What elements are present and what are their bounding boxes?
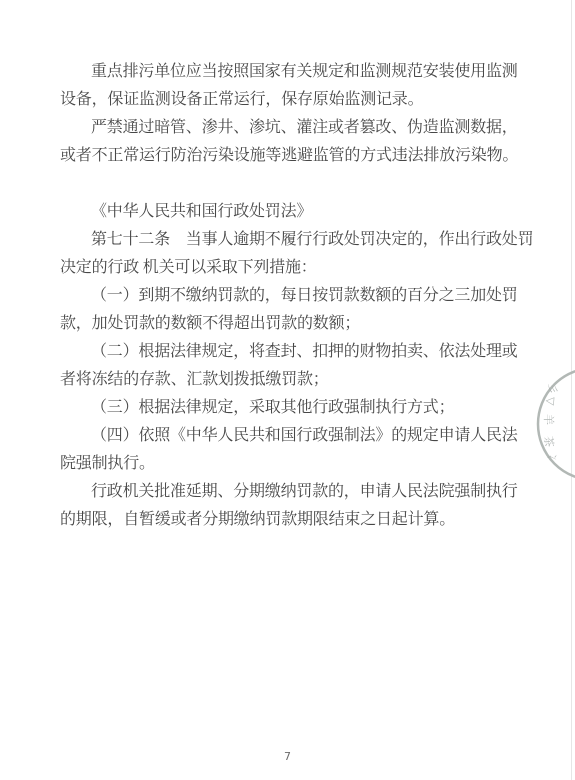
- seal-glyph: 彡: [545, 382, 559, 394]
- paragraph-item-3: （三）根据法律规定，采取其他行政强制执行方式；: [60, 394, 540, 422]
- text-line: 设备，保证监测设备正常运行，保存原始监测记录。: [60, 86, 540, 114]
- text-line: （二）根据法律规定，将查封、扣押的财物拍卖、依法处理或: [60, 338, 540, 366]
- text-line: 院强制执行。: [60, 450, 540, 478]
- text-line: 者将冻结的存款、汇款划拨抵缴罚款；: [60, 366, 540, 394]
- paragraph-monitoring-equipment: 重点排污单位应当按照国家有关规定和监测规范安装使用监测 设备，保证监测设备正常运…: [60, 58, 540, 114]
- paragraph-item-4: （四）依照《中华人民共和国行政强制法》的规定申请人民法 院强制执行。: [60, 422, 540, 478]
- seal-glyph: 冫: [545, 453, 560, 466]
- law-title: 《中华人民共和国行政处罚法》: [60, 198, 540, 226]
- text-line: 或者不正常运行防治污染设施等逃避监管的方式违法排放污染物。: [60, 142, 540, 170]
- document-page: 重点排污单位应当按照国家有关规定和监测规范安装使用监测 设备，保证监测设备正常运…: [0, 0, 575, 780]
- document-body: 重点排污单位应当按照国家有关规定和监测规范安装使用监测 设备，保证监测设备正常运…: [60, 58, 540, 534]
- text-line: 款，加处罚款的数额不得超出罚款的数额；: [60, 310, 540, 338]
- text-line: 严禁通过暗管、渗井、渗坑、灌注或者篡改、伪造监测数据，: [60, 114, 540, 142]
- scan-edge-artifact: [571, 0, 572, 780]
- paragraph-prohibited-discharge: 严禁通过暗管、渗井、渗坑、灌注或者篡改、伪造监测数据， 或者不正常运行防治污染设…: [60, 114, 540, 170]
- seal-glyph: 羊: [542, 414, 556, 425]
- seal-glyph: 茶: [542, 435, 557, 447]
- text-line: （四）依照《中华人民共和国行政强制法》的规定申请人民法: [60, 422, 540, 450]
- text-line: 《中华人民共和国行政处罚法》: [60, 198, 540, 226]
- text-line: 决定的行政 机关可以采取下列措施：: [60, 254, 540, 282]
- text-line: 的期限，自暂缓或者分期缴纳罚款期限结束之日起计算。: [60, 506, 540, 534]
- paragraph-item-1: （一）到期不缴纳罚款的，每日按罚款数额的百分之三加处罚 款，加处罚款的数额不得超…: [60, 282, 540, 338]
- paragraph-item-2: （二）根据法律规定，将查封、扣押的财物拍卖、依法处理或 者将冻结的存款、汇款划拨…: [60, 338, 540, 394]
- seal-glyph: ▽: [544, 396, 557, 406]
- seal-arc: [538, 368, 575, 480]
- text-line: （三）根据法律规定，采取其他行政强制执行方式；: [60, 394, 540, 422]
- paragraph-article-72: 第七十二条 当事人逾期不履行行政处罚决定的，作出行政处罚 决定的行政 机关可以采…: [60, 226, 540, 282]
- paragraph-deferred-payment: 行政机关批准延期、分期缴纳罚款的，申请人民法院强制执行 的期限，自暂缓或者分期缴…: [60, 478, 540, 534]
- page-number: 7: [0, 750, 575, 763]
- text-line: 行政机关批准延期、分期缴纳罚款的，申请人民法院强制执行: [60, 478, 540, 506]
- text-line: （一）到期不缴纳罚款的，每日按罚款数额的百分之三加处罚: [60, 282, 540, 310]
- text-line: 第七十二条 当事人逾期不履行行政处罚决定的，作出行政处罚: [60, 226, 540, 254]
- text-line: 重点排污单位应当按照国家有关规定和监测规范安装使用监测: [60, 58, 540, 86]
